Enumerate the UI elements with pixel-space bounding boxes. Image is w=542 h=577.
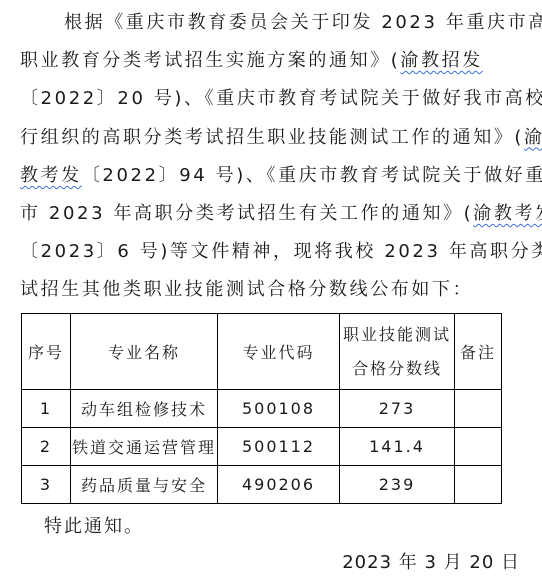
table-row: 3 药品质量与安全 490206 239 [22, 466, 502, 504]
header-no: 序号 [22, 314, 71, 390]
table-row: 2 铁道交通运营管理 500112 141.4 [22, 428, 502, 466]
cell-code: 500108 [218, 390, 340, 428]
cell-major: 动车组检修技术 [71, 390, 218, 428]
notice-paragraph: 根据《重庆市教育委员会关于印发 2023 年重庆市高等 职业教育分类考试招生实施… [20, 4, 525, 310]
paragraph-line-1: 根据《重庆市教育委员会关于印发 2023 年重庆市高等 [20, 4, 525, 42]
paragraph-line-2: 职业教育分类考试招生实施方案的通知》(渝教招发 [20, 42, 525, 80]
header-code: 专业代码 [218, 314, 340, 390]
cell-major: 药品质量与安全 [71, 466, 218, 504]
paragraph-line-3: 〔2022〕20 号)、《重庆市教育考试院关于做好我市高校自 [20, 80, 525, 118]
cell-no: 1 [22, 390, 71, 428]
table-row: 1 动车组检修技术 500108 273 [22, 390, 502, 428]
doc-ref-underlined: 教考发 [20, 165, 82, 186]
closing-text: 特此通知。 [44, 512, 144, 538]
cell-no: 3 [22, 466, 71, 504]
header-score: 职业技能测试 合格分数线 [340, 314, 455, 390]
paragraph-line-7: 〔2023〕6 号)等文件精神，现将我校 2023 年高职分类考 [20, 233, 525, 271]
cell-score: 141.4 [340, 428, 455, 466]
paragraph-line-5: 教考发〔2022〕94 号)、《重庆市教育考试院关于做好重庆 [20, 157, 525, 195]
cell-score: 273 [340, 390, 455, 428]
cell-score: 239 [340, 466, 455, 504]
header-note: 备注 [455, 314, 502, 390]
score-table: 序号 专业名称 专业代码 职业技能测试 合格分数线 备注 1 动车组检修技术 5… [21, 313, 502, 504]
cell-note [455, 466, 502, 504]
cell-note [455, 390, 502, 428]
cell-note [455, 428, 502, 466]
paragraph-line-6: 市 2023 年高职分类考试招生有关工作的通知》(渝教考发 [20, 195, 525, 233]
doc-ref-underlined: 渝教考发 [473, 203, 542, 224]
doc-ref-underlined: 渝教招发 [400, 50, 482, 71]
cell-code: 500112 [218, 428, 340, 466]
cell-major: 铁道交通运营管理 [71, 428, 218, 466]
paragraph-line-8: 试招生其他类职业技能测试合格分数线公布如下： [20, 271, 525, 309]
doc-ref-underlined: 渝 [524, 127, 542, 148]
cell-code: 490206 [218, 466, 340, 504]
table-header-row: 序号 专业名称 专业代码 职业技能测试 合格分数线 备注 [22, 314, 502, 390]
paragraph-line-4: 行组织的高职分类考试招生职业技能测试工作的通知》(渝 [20, 119, 525, 157]
header-major: 专业名称 [71, 314, 218, 390]
cell-no: 2 [22, 428, 71, 466]
notice-date: 2023 年 3 月 20 日 [342, 548, 520, 574]
